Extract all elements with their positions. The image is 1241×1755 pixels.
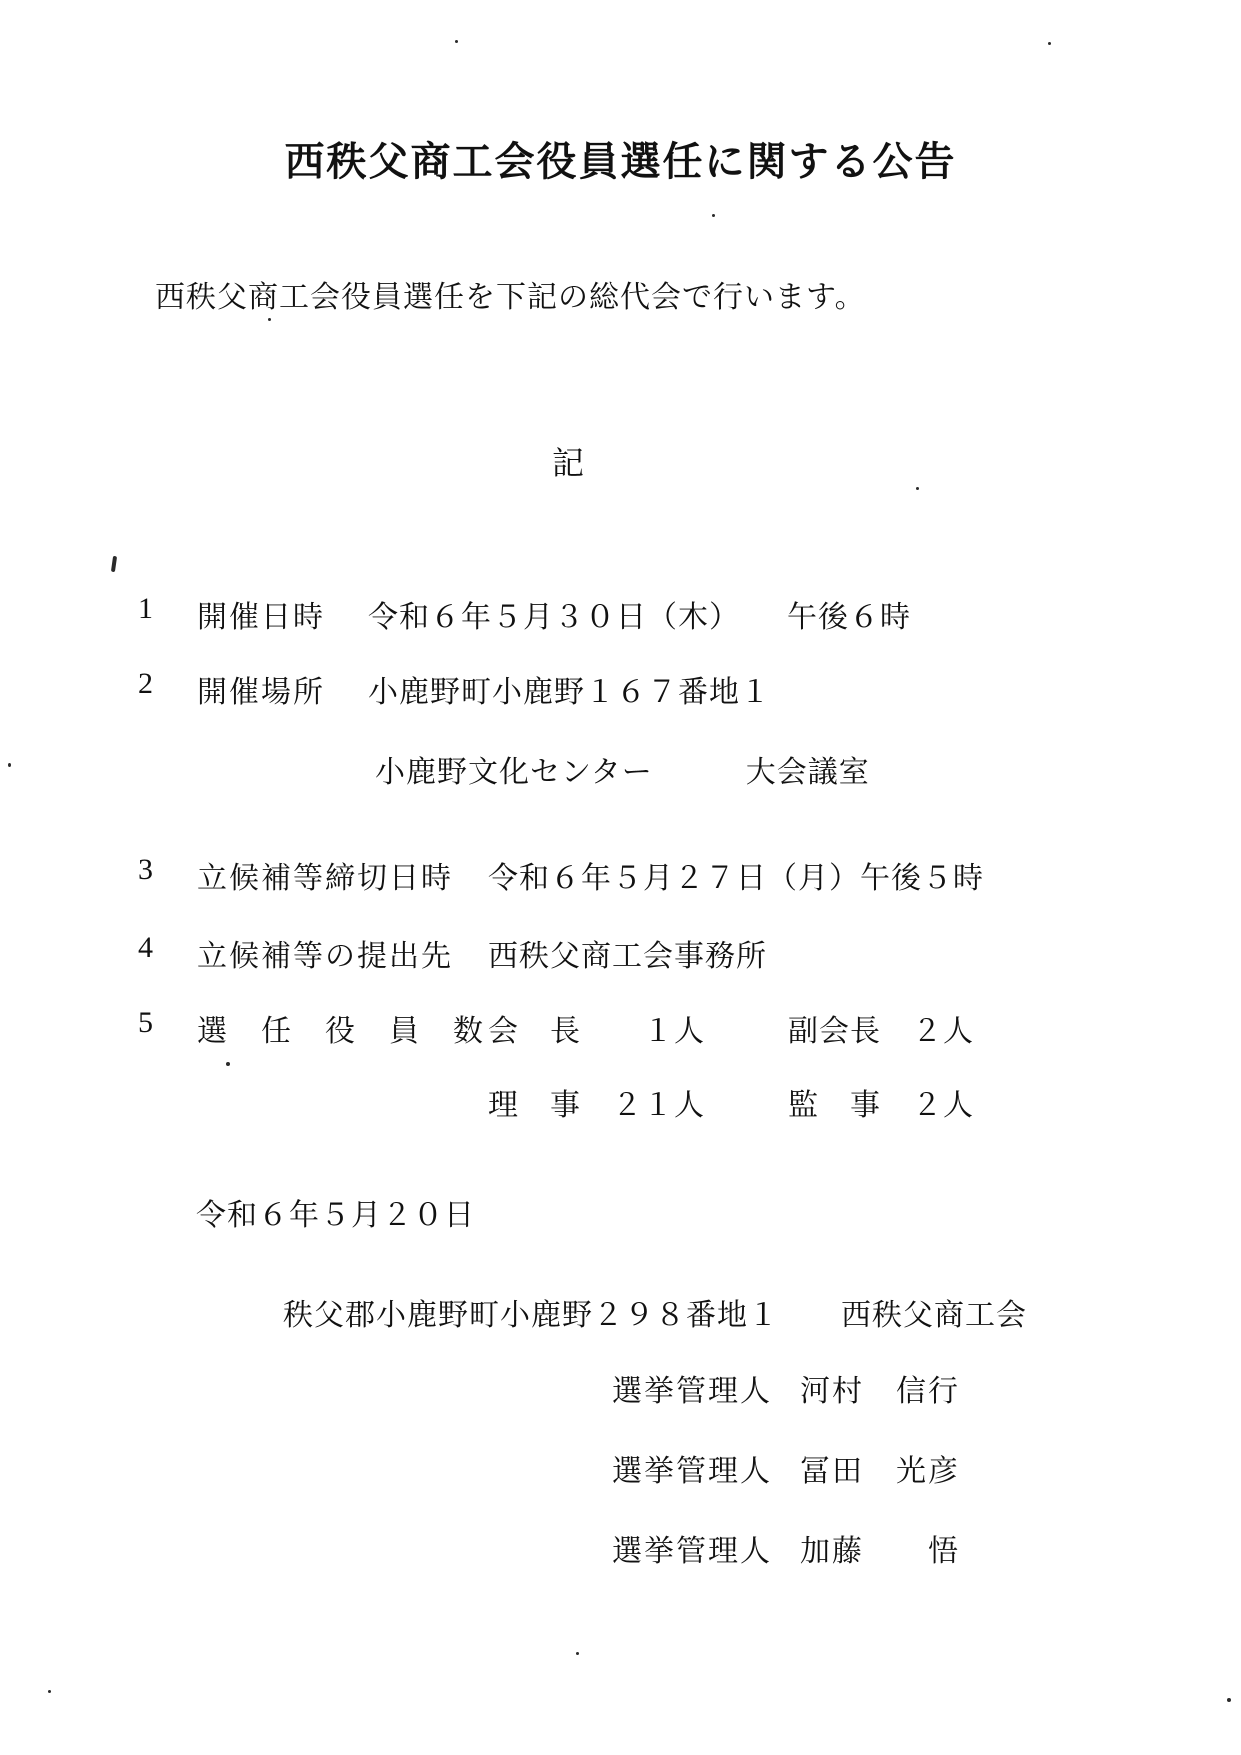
scan-artifact bbox=[48, 1690, 51, 1693]
item-value-auditors: 監 事 ２人 bbox=[788, 1080, 974, 1124]
signature-row: 選挙管理人 河村 信行 bbox=[0, 1366, 1241, 1410]
item-label: 立候補等締切日時 bbox=[197, 853, 453, 897]
scan-artifact bbox=[1227, 1698, 1231, 1702]
signature-name: 加藤 悟 bbox=[800, 1526, 960, 1570]
item-2-meeting-place: 2 開催場所 小鹿野町小鹿野１６７番地１ bbox=[0, 667, 1241, 711]
item-3-candidacy-deadline: 3 立候補等締切日時 令和６年５月２７日（月）午後５時 bbox=[0, 853, 1241, 897]
signature-name: 冨田 光彦 bbox=[800, 1446, 960, 1490]
scan-artifact bbox=[712, 214, 715, 217]
item-value-vice-chairman: 副会長 ２人 bbox=[788, 1006, 974, 1050]
intro-sentence: 西秩父商工会役員選任を下記の総代会で行います。 bbox=[155, 272, 866, 316]
signature-row: 選挙管理人 加藤 悟 bbox=[0, 1526, 1241, 1570]
scan-artifact bbox=[455, 40, 458, 43]
item-5-officer-counts-continued: 理 事 ２１人 監 事 ２人 bbox=[0, 1080, 1241, 1124]
scan-artifact bbox=[1048, 42, 1051, 45]
signature-role: 選挙管理人 bbox=[612, 1366, 772, 1410]
item-number: 1 bbox=[138, 592, 153, 626]
scanned-notice-page: 西秩父商工会役員選任に関する公告 西秩父商工会役員選任を下記の総代会で行います。… bbox=[0, 0, 1241, 1755]
item-label: 開催場所 bbox=[197, 667, 325, 711]
issue-date: 令和６年５月２０日 bbox=[196, 1190, 475, 1234]
scan-artifact bbox=[111, 556, 117, 572]
scan-artifact bbox=[8, 763, 11, 767]
item-value-continued: 小鹿野文化センター 大会議室 bbox=[375, 747, 870, 791]
scan-artifact bbox=[576, 1652, 579, 1655]
signature-name: 河村 信行 bbox=[800, 1366, 960, 1410]
item-label: 選 任 役 員 数 bbox=[197, 1006, 485, 1050]
signature-role: 選挙管理人 bbox=[612, 1446, 772, 1490]
item-1-meeting-datetime: 1 開催日時 令和６年５月３０日（木） 午後６時 bbox=[0, 592, 1241, 636]
signature-row: 選挙管理人 冨田 光彦 bbox=[0, 1446, 1241, 1490]
item-value: 令和６年５月３０日（木） 午後６時 bbox=[368, 592, 911, 636]
item-value-chairman: 会 長 １人 bbox=[488, 1006, 705, 1050]
issuer-address: 秩父郡小鹿野町小鹿野２９８番地１ 西秩父商工会 bbox=[283, 1290, 1027, 1334]
notice-title: 西秩父商工会役員選任に関する公告 bbox=[0, 130, 1241, 187]
item-4-candidacy-submission-office: 4 立候補等の提出先 西秩父商工会事務所 bbox=[0, 931, 1241, 975]
item-label: 立候補等の提出先 bbox=[197, 931, 453, 975]
item-number: 5 bbox=[138, 1006, 153, 1040]
item-2-meeting-place-venue: 小鹿野文化センター 大会議室 bbox=[0, 747, 1241, 791]
item-number: 3 bbox=[138, 853, 153, 887]
item-value: 西秩父商工会事務所 bbox=[488, 931, 767, 975]
scan-artifact bbox=[268, 318, 271, 321]
item-5-officer-counts: 5 選 任 役 員 数 会 長 １人 副会長 ２人 bbox=[0, 1006, 1241, 1050]
item-value-directors: 理 事 ２１人 bbox=[488, 1080, 705, 1124]
section-marker-ki: 記 bbox=[552, 438, 588, 484]
item-number: 2 bbox=[138, 667, 153, 701]
scan-artifact bbox=[226, 1062, 230, 1066]
item-number: 4 bbox=[138, 931, 153, 965]
item-value: 小鹿野町小鹿野１６７番地１ bbox=[368, 667, 771, 711]
item-value: 令和６年５月２７日（月）午後５時 bbox=[488, 853, 984, 897]
item-label: 開催日時 bbox=[197, 592, 325, 636]
scan-artifact bbox=[916, 487, 919, 490]
signature-role: 選挙管理人 bbox=[612, 1526, 772, 1570]
